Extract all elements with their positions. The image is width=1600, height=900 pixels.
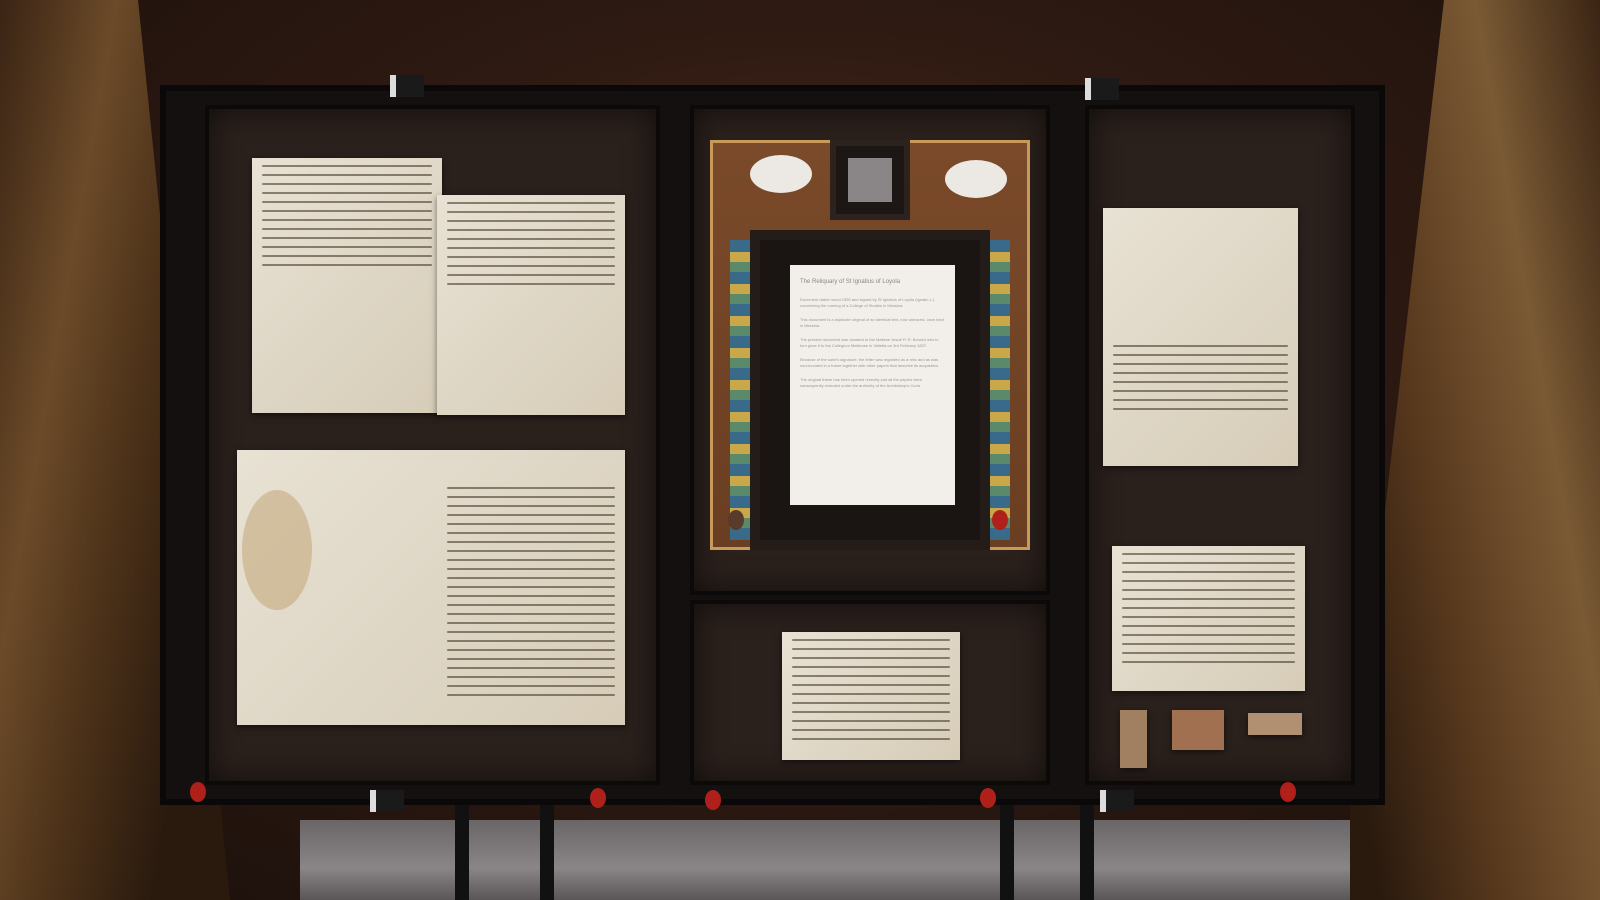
case-clip [370, 790, 404, 812]
fragment-3 [1248, 713, 1302, 735]
stand-leg [1080, 800, 1094, 900]
label-paragraph: The present document was donated to the … [800, 337, 945, 349]
decorative-band-right [990, 240, 1010, 540]
exhibit-label: The Reliquary of St Ignatius of Loyola D… [790, 265, 955, 505]
wax-seal [992, 510, 1008, 530]
oval-medallion-right [945, 160, 1007, 198]
wax-seal [590, 788, 606, 808]
decorative-band-left [730, 240, 750, 540]
water-stain [242, 490, 312, 610]
wax-seal [190, 782, 206, 802]
manuscript-bottom-right [1112, 546, 1305, 691]
case-clip [390, 75, 424, 97]
case-clip [1100, 790, 1134, 812]
label-paragraph: This document is a duplicate original of… [800, 317, 945, 329]
miniature-portrait-frame [830, 140, 910, 220]
wax-seal [980, 788, 996, 808]
fragment-2 [1172, 710, 1224, 750]
label-title: The Reliquary of St Ignatius of Loyola [800, 279, 945, 285]
stand-leg [1000, 800, 1014, 900]
label-paragraph: The original frame has been opened recen… [800, 377, 945, 389]
wax-seal [705, 790, 721, 810]
wax-seal [1280, 782, 1296, 802]
manuscript-bottom-left [237, 450, 625, 725]
stand-leg [455, 800, 469, 900]
label-paragraph: Because of the saint's signature, the le… [800, 357, 945, 369]
stand-leg [540, 800, 554, 900]
case-clip [1085, 78, 1119, 100]
wax-seal-dark [728, 510, 744, 530]
manuscript-top-left-page2 [437, 195, 625, 415]
label-paragraph: Document dated round 1550 and signed by … [800, 297, 945, 309]
manuscript-center-bottom [782, 632, 960, 760]
oval-medallion-left [750, 155, 812, 193]
manuscript-top-right [1103, 208, 1298, 466]
fragment-1 [1120, 710, 1147, 768]
portrait-image [848, 158, 892, 202]
manuscript-top-left [252, 158, 442, 413]
